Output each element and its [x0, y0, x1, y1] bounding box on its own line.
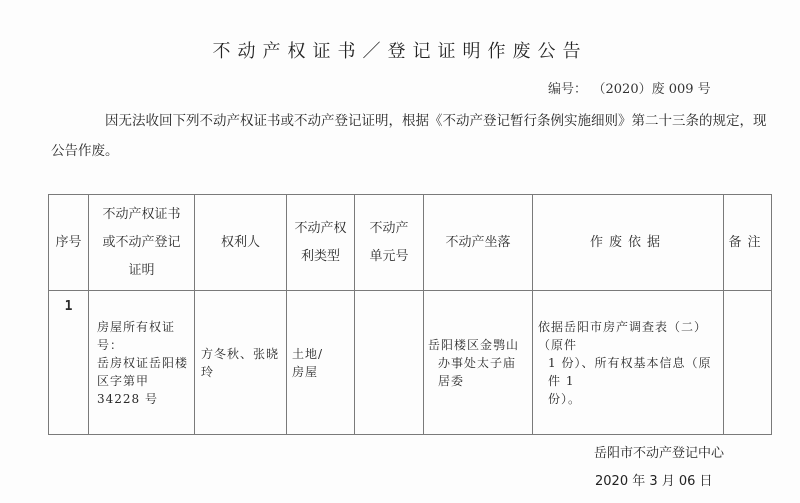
void-certificate-table: 序号 不动产权证书 或不动产登记 证明 权利人 不动产权 利类型 不动产 单元号… — [48, 194, 772, 435]
header-remark: 备注 — [724, 195, 772, 291]
header-certificate-line: 证明 — [89, 257, 194, 285]
document-number: 编号：（2020）废 009 号 — [548, 78, 723, 97]
header-seq: 序号 — [49, 195, 89, 291]
cell-certificate: 房屋所有权证号： 岳房权证岳阳楼 区字第甲 34228 号 — [89, 291, 195, 435]
document-number-value: （2020）废 009 号 — [599, 82, 711, 97]
header-unit-no-line: 不动产 — [355, 215, 423, 243]
header-right-type: 不动产权 利类型 — [287, 195, 355, 291]
cell-basis-line: 依据岳阳市房产调查表（二）（原件 — [538, 318, 723, 354]
cell-basis-line: 份）。 — [538, 390, 723, 408]
cell-right-type: 土地/ 房屋 — [287, 291, 355, 435]
table-row: 1 房屋所有权证号： 岳房权证岳阳楼 区字第甲 34228 号 方冬秋、张晓玲 … — [49, 291, 772, 435]
header-certificate-line: 不动产权证书 — [89, 201, 194, 229]
cell-right-type-line: 房屋 — [292, 363, 354, 381]
header-holder: 权利人 — [195, 195, 287, 291]
cell-location: 岳阳楼区金鹗山 办事处太子庙 居委 — [424, 291, 533, 435]
cell-holder: 方冬秋、张晓玲 — [195, 291, 287, 435]
cell-seq: 1 — [49, 291, 89, 435]
document-title: 不动产权证书／登记证明作废公告 — [0, 37, 800, 63]
header-right-type-line: 不动产权 — [287, 215, 354, 243]
cell-unit-no — [355, 291, 424, 435]
header-location: 不动产坐落 — [424, 195, 533, 291]
cell-basis-line: 1 份）、所有权基本信息（原件 1 — [538, 354, 723, 390]
cell-location-line: 居委 — [428, 372, 532, 390]
issue-date: 2020 年 3 月 06 日 — [595, 470, 713, 489]
header-certificate: 不动产权证书 或不动产登记 证明 — [89, 195, 195, 291]
header-unit-no: 不动产 单元号 — [355, 195, 424, 291]
announcement-paragraph: 因无法收回下列不动产权证书或不动产登记证明，根据《不动产登记暂行条例实施细则》第… — [51, 106, 773, 166]
issuing-organization: 岳阳市不动产登记中心 — [594, 442, 724, 461]
table-header-row: 序号 不动产权证书 或不动产登记 证明 权利人 不动产权 利类型 不动产 单元号… — [49, 195, 772, 291]
cell-certificate-line: 岳房权证岳阳楼 — [97, 354, 194, 372]
header-basis: 作废依据 — [533, 195, 724, 291]
cell-right-type-line: 土地/ — [292, 345, 354, 363]
cell-location-line: 岳阳楼区金鹗山 — [428, 336, 532, 354]
cell-location-line: 办事处太子庙 — [428, 354, 532, 372]
header-unit-no-line: 单元号 — [355, 243, 423, 271]
header-certificate-line: 或不动产登记 — [89, 229, 194, 257]
header-right-type-line: 利类型 — [287, 243, 354, 271]
cell-certificate-line: 房屋所有权证号： — [97, 318, 194, 354]
cell-certificate-line: 区字第甲 34228 号 — [97, 372, 194, 408]
document-number-label: 编号： — [548, 82, 587, 97]
cell-remark — [724, 291, 772, 435]
cell-basis: 依据岳阳市房产调查表（二）（原件 1 份）、所有权基本信息（原件 1 份）。 — [533, 291, 724, 435]
